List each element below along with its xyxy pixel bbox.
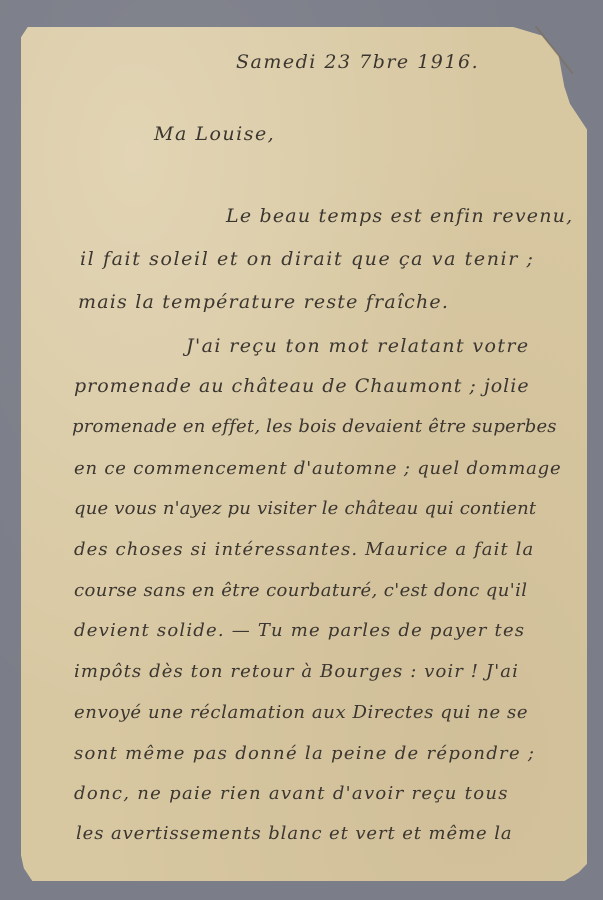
letter-line: devient solide. — Tu me parles de payer … bbox=[74, 622, 525, 640]
letter-line: course sans en être courbaturé, c'est do… bbox=[74, 582, 527, 600]
letter-line: que vous n'ayez pu visiter le château qu… bbox=[74, 500, 536, 518]
letter-line: il fait soleil et on dirait que ça va te… bbox=[80, 250, 535, 269]
letter-line: Le beau temps est enfin revenu, bbox=[226, 207, 573, 226]
letter-line: impôts dès ton retour à Bourges : voir !… bbox=[74, 663, 519, 681]
letter-date: Samedi 23 7bre 1916. bbox=[236, 53, 479, 72]
letter-line: promenade au château de Chaumont ; jolie bbox=[74, 377, 530, 396]
letter-line: J'ai reçu ton mot relatant votre bbox=[186, 337, 530, 356]
letter-line: donc, ne paie rien avant d'avoir reçu to… bbox=[74, 785, 509, 803]
letter-line: mais la température reste fraîche. bbox=[78, 293, 449, 312]
letter-greeting: Ma Louise, bbox=[154, 125, 275, 144]
letter-line: envoyé une réclamation aux Directes qui … bbox=[74, 704, 528, 722]
letter-line: en ce commencement d'automne ; quel domm… bbox=[74, 460, 561, 478]
letter-line: des choses si intéressantes. Maurice a f… bbox=[74, 541, 534, 559]
letter-line: sont même pas donné la peine de répondre… bbox=[74, 745, 535, 763]
letter-line: les avertissements blanc et vert et même… bbox=[76, 825, 513, 843]
letter-line: promenade en effet, les bois devaient êt… bbox=[72, 418, 557, 436]
